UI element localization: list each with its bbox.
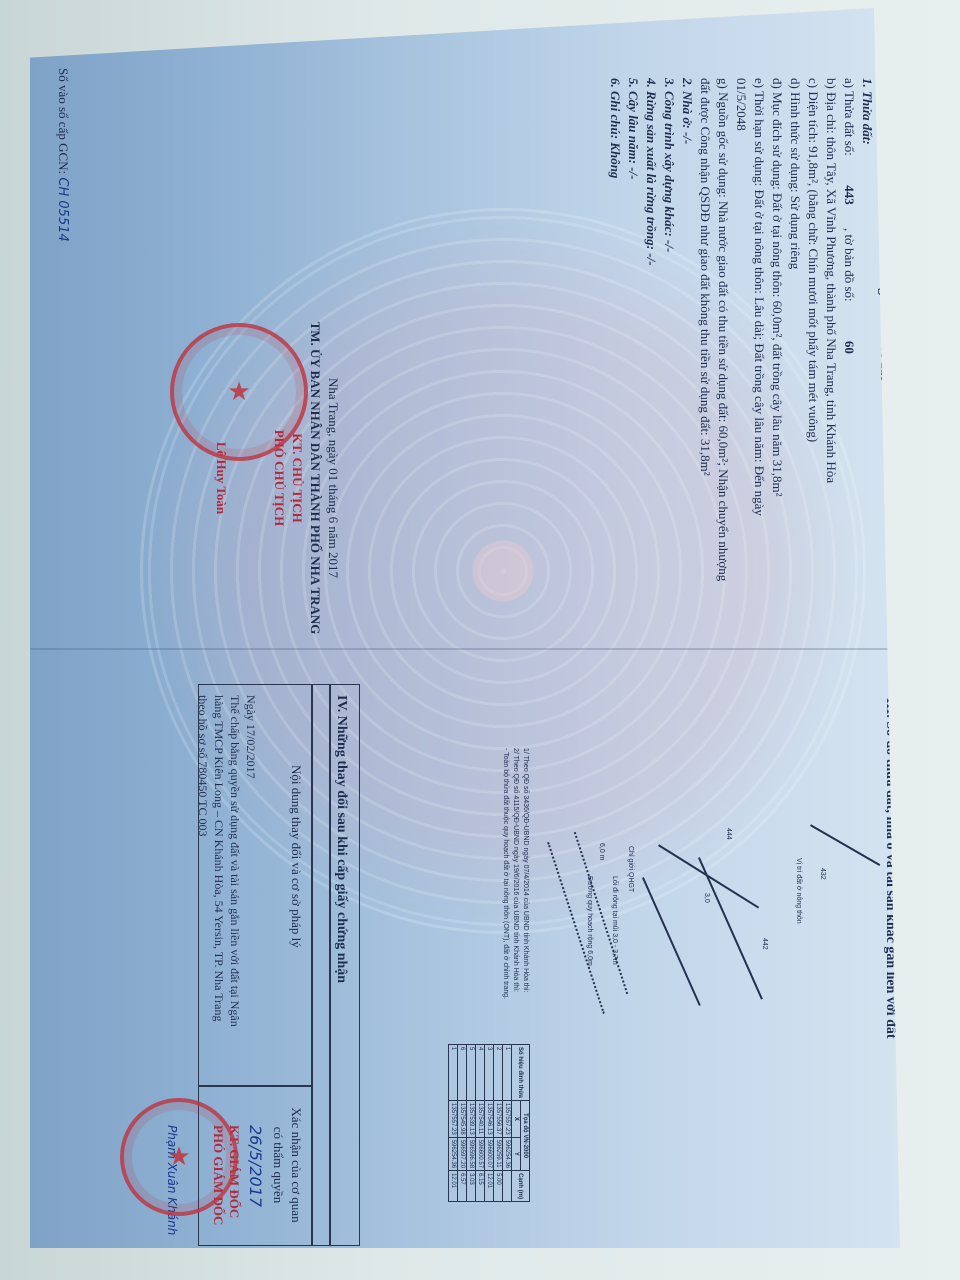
issuing-authority: TM. ỦY BAN NHÂN DÂN THÀNH PHỐ NHA TRANG bbox=[306, 308, 324, 648]
usage-form-row: d) Hình thức sử dụng: Sử dụng riêng bbox=[786, 78, 804, 598]
parcel-number-row: a) Thửa đất số: 443 , tờ bản đồ số: 60 bbox=[840, 78, 858, 598]
table-row: 31357546.13596600.0712.01 bbox=[485, 1045, 494, 1202]
existing-road-label: Lối đi rộng tại mũi 3,0 - 3,7m bbox=[611, 876, 618, 965]
dimension-label: 3,0 bbox=[703, 893, 710, 903]
certificate-page: Số vào sổ cấp GCN: CH 05514 II. Thửa đất… bbox=[30, 8, 900, 1248]
note-row: 6. Ghi chú: Không bbox=[606, 78, 624, 598]
register-number-value: CH 05514 bbox=[55, 177, 70, 241]
official-stamp-icon: ★ bbox=[170, 323, 308, 461]
section-iii-title: III. Sơ đồ thửa đất, nhà ở và tài sản kh… bbox=[882, 698, 898, 1039]
other-construction-row: 3. Công trình xây dựng khác: -/- bbox=[660, 78, 678, 598]
subsection-parcel: 1. Thửa đất: bbox=[858, 78, 876, 598]
office-stamp-icon: ★ bbox=[120, 1098, 238, 1216]
register-number: Số vào sổ cấp GCN: CH 05514 bbox=[53, 68, 72, 242]
section-ii-title: II. Thửa đất, nhà ở và tài sản khác gắn … bbox=[876, 78, 892, 598]
table-row: 61357545.98596597.206.57 bbox=[458, 1045, 467, 1202]
boundary-label: Chỉ giới QHGT bbox=[627, 846, 634, 892]
coordinate-table: Số hiệu đỉnh thửa Tọa độ VN-2000 Cạnh (m… bbox=[448, 1044, 530, 1202]
purpose-row: đ) Mục đích sử dụng: Đất ở tại nông thôn… bbox=[768, 78, 786, 598]
column-confirmation: Xác nhận của cơ quan có thẩm quyền bbox=[269, 1105, 305, 1225]
table-row: 11357557.23596254.3612.01 bbox=[449, 1045, 458, 1202]
parcel-label: Vị trí đất ở nông thôn bbox=[795, 858, 802, 924]
forest-row: 4. Rừng sản xuất là rừng trồng: -/- bbox=[642, 78, 660, 598]
neighbor-444: 444 bbox=[725, 828, 732, 840]
change-entry: Ngày 17/02/2017 Thế chấp bằng quyền sử d… bbox=[195, 695, 259, 1027]
table-row: 41357540.11596600.576.15 bbox=[476, 1045, 485, 1202]
area-row: c) Diện tích: 91,8m², (bằng chữ: Chín mư… bbox=[804, 78, 822, 598]
handwritten-date: 26/5/2017 bbox=[246, 1125, 265, 1207]
neighbor-432: 432 bbox=[819, 868, 826, 880]
column-change-content: Nội dung thay đổi và cơ sở pháp lý bbox=[287, 765, 305, 948]
legal-notes: 1/ Theo QĐ số 3436/QĐ-UBND ngày 07/4/201… bbox=[500, 748, 530, 999]
section-ii: II. Thửa đất, nhà ở và tài sản khác gắn … bbox=[606, 78, 892, 598]
table-row: 21357556.37596259.115.00 bbox=[494, 1045, 503, 1202]
margin-mark: B bbox=[896, 1163, 900, 1171]
perennial-row: 5. Cây lâu năm: -/- bbox=[624, 78, 642, 598]
address-row: b) Địa chỉ: thôn Tây, Xã Vĩnh Phương, th… bbox=[822, 78, 840, 598]
term-row: e) Thời hạn sử dụng: Đất ở tại nông thôn… bbox=[732, 78, 768, 518]
house-row: 2. Nhà ở: -/- bbox=[678, 78, 696, 598]
planned-road-label: Đường quy hoạch rộng 6,0m bbox=[586, 876, 593, 966]
section-iv-title: IV. Những thay đổi sau khi cấp giấy chứn… bbox=[333, 695, 349, 983]
page-fold bbox=[30, 648, 900, 650]
road-width: 6,0 m bbox=[598, 843, 605, 861]
table-row: 11357557.23596254.36 bbox=[503, 1045, 512, 1202]
issue-date: Nha Trang, ngày 01 tháng 6 năm 2017 bbox=[324, 308, 342, 648]
origin-row: g) Nguồn gốc sử dụng: Nhà nước giao đất … bbox=[696, 78, 732, 598]
table-row: 51357539.13596596.583.03 bbox=[467, 1045, 476, 1202]
neighbor-442: 442 bbox=[761, 938, 768, 950]
